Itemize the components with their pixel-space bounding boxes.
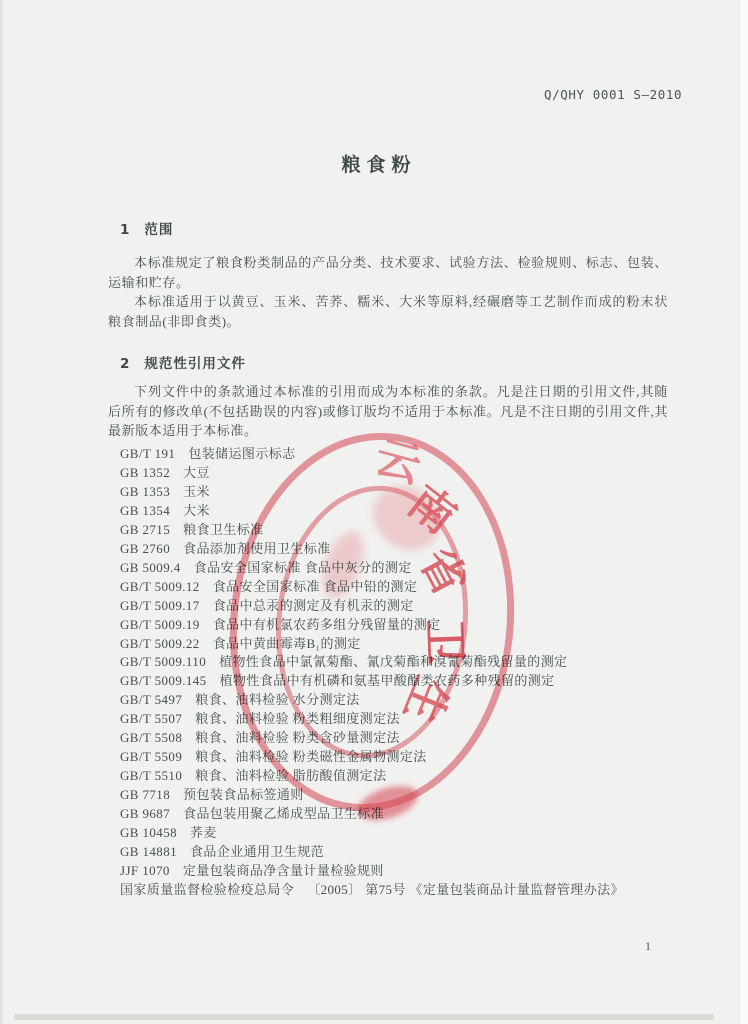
reference-code: 国家质量监督检验检疫总局令	[120, 882, 294, 897]
reference-title: 大豆	[183, 465, 210, 480]
reference-list: GB/T 191包装储运图示标志 GB 1352大豆 GB 1353玉米 GB …	[120, 445, 680, 900]
reference-row: GB 9687食品包装用聚乙烯成型品卫生标准	[120, 805, 680, 824]
reference-row: GB 10458荞麦	[120, 824, 680, 843]
reference-row: GB 2760食品添加剂使用卫生标准	[120, 540, 680, 559]
section1-paragraph-1: 本标准规定了粮食粉类制品的产品分类、技术要求、试验方法、检验规则、标志、包装、运…	[108, 253, 668, 292]
reference-code: GB/T 5009.19	[120, 617, 200, 632]
reference-code: GB/T 5507	[120, 711, 182, 726]
reference-code: GB/T 5508	[120, 730, 182, 745]
reference-row: 国家质量监督检验检疫总局令〔2005〕 第75号 《定量包装商品计量监督管理办法…	[120, 881, 680, 900]
section1-body: 本标准规定了粮食粉类制品的产品分类、技术要求、试验方法、检验规则、标志、包装、运…	[108, 253, 668, 331]
reference-code: GB 9687	[120, 806, 170, 821]
reference-code: GB/T 5009.22	[120, 636, 200, 651]
reference-row: GB/T 5009.22食品中黄曲霉毒B₁的测定	[120, 635, 680, 654]
doc-number: Q/QHY 0001 S—2010	[544, 87, 682, 102]
section2-heading: 2规范性引用文件	[120, 352, 246, 372]
reference-code: GB/T 5509	[120, 749, 182, 764]
reference-code: GB 1353	[120, 484, 170, 499]
reference-code: GB 2760	[120, 541, 170, 556]
reference-code: GB/T 5497	[120, 692, 182, 707]
reference-title: 食品安全国家标准 食品中铅的测定	[213, 579, 418, 594]
reference-title: 玉米	[183, 484, 210, 499]
reference-code: GB 5009.4	[120, 560, 181, 575]
section2-number: 2	[120, 356, 130, 372]
reference-code: GB 14881	[120, 844, 177, 859]
reference-code: GB 1354	[120, 503, 170, 518]
reference-row: GB/T 5009.145植物性食品中有机磷和氨基甲酸酯类农药多种残留的测定	[120, 672, 680, 691]
page-edge-bottom	[14, 1014, 714, 1020]
reference-row: GB/T 5009.19食品中有机氯农药多组分残留量的测定	[120, 616, 680, 635]
reference-title: 食品中有机氯农药多组分残留量的测定	[213, 617, 441, 632]
reference-title: 荞麦	[190, 825, 217, 840]
reference-title: 包装储运图示标志	[188, 446, 295, 461]
reference-row: GB 1353玉米	[120, 483, 680, 502]
reference-row: GB/T 5507粮食、油料检验 粉类粗细度测定法	[120, 710, 680, 729]
reference-row: GB/T 5509粮食、油料检验 粉类磁性金属物测定法	[120, 748, 680, 767]
reference-code: JJF 1070	[120, 863, 170, 878]
reference-code: GB 1352	[120, 465, 170, 480]
reference-title: 植物性食品中氯氰菊酯、氰戊菊酯和溴氰菊酯残留量的测定	[219, 654, 567, 669]
reference-row: GB 2715粮食卫生标准	[120, 521, 680, 540]
reference-row: GB/T 5497粮食、油料检验 水分测定法	[120, 691, 680, 710]
page-number: 1	[645, 939, 651, 954]
reference-title: 〔2005〕 第75号 《定量包装商品计量监督管理办法》	[307, 882, 624, 897]
section1-number: 1	[120, 222, 130, 238]
reference-title: 粮食、油料检验 粉类粗细度测定法	[195, 711, 400, 726]
reference-title: 食品添加剂使用卫生标准	[183, 541, 330, 556]
reference-title: 粮食、油料检验 脂肪酸值测定法	[195, 768, 386, 783]
reference-code: GB 10458	[120, 825, 177, 840]
reference-title: 食品中黄曲霉毒B₁的测定	[213, 636, 361, 651]
section2-paragraph-1: 下列文件中的条款通过本标准的引用而成为本标准的条款。凡是注日期的引用文件,其随后…	[108, 382, 668, 441]
reference-title: 粮食、油料检验 粉类含砂量测定法	[195, 730, 400, 745]
reference-title: 粮食、油料检验 水分测定法	[195, 692, 359, 707]
reference-title: 植物性食品中有机磷和氨基甲酸酯类农药多种残留的测定	[220, 673, 555, 688]
reference-title: 食品包装用聚乙烯成型品卫生标准	[183, 806, 384, 821]
reference-row: GB/T 191包装储运图示标志	[120, 445, 680, 464]
reference-title: 定量包装商品净含量计量检验规则	[183, 863, 384, 878]
reference-code: GB/T 191	[120, 446, 175, 461]
reference-row: GB 1352大豆	[120, 464, 680, 483]
section1-heading: 1范围	[120, 218, 173, 238]
reference-row: GB 1354大米	[120, 502, 680, 521]
reference-row: JJF 1070定量包装商品净含量计量检验规则	[120, 862, 680, 881]
reference-code: GB/T 5009.145	[120, 673, 207, 688]
reference-title: 食品安全国家标准 食品中灰分的测定	[194, 560, 412, 575]
reference-row: GB/T 5009.12食品安全国家标准 食品中铅的测定	[120, 578, 680, 597]
reference-code: GB 2715	[120, 522, 170, 537]
reference-row: GB 14881食品企业通用卫生规范	[120, 843, 680, 862]
page-title: 粮食粉	[0, 150, 748, 177]
reference-title: 预包装食品标签通则	[183, 787, 304, 802]
reference-code: GB 7718	[120, 787, 170, 802]
reference-title: 食品企业通用卫生规范	[190, 844, 324, 859]
reference-row: GB 7718预包装食品标签通则	[120, 786, 680, 805]
reference-row: GB/T 5009.110植物性食品中氯氰菊酯、氰戊菊酯和溴氰菊酯残留量的测定	[120, 653, 680, 672]
reference-row: GB/T 5009.17食品中总汞的测定及有机汞的测定	[120, 597, 680, 616]
reference-row: GB/T 5508粮食、油料检验 粉类含砂量测定法	[120, 729, 680, 748]
reference-row: GB/T 5510粮食、油料检验 脂肪酸值测定法	[120, 767, 680, 786]
reference-code: GB/T 5510	[120, 768, 182, 783]
section1-heading-label: 范围	[144, 222, 173, 238]
reference-row: GB 5009.4食品安全国家标准 食品中灰分的测定	[120, 559, 680, 578]
reference-title: 粮食、油料检验 粉类磁性金属物测定法	[195, 749, 426, 764]
section2-body: 下列文件中的条款通过本标准的引用而成为本标准的条款。凡是注日期的引用文件,其随后…	[108, 382, 668, 441]
reference-title: 大米	[183, 503, 210, 518]
reference-code: GB/T 5009.110	[120, 654, 206, 669]
section1-paragraph-2: 本标准适用于以黄豆、玉米、苦荞、糯米、大米等原料,经碾磨等工艺制作而成的粉末状粮…	[108, 292, 668, 331]
reference-title: 食品中总汞的测定及有机汞的测定	[213, 598, 414, 613]
reference-title: 粮食卫生标准	[183, 522, 263, 537]
reference-code: GB/T 5009.12	[120, 579, 200, 594]
reference-code: GB/T 5009.17	[120, 598, 200, 613]
section2-heading-label: 规范性引用文件	[144, 356, 246, 372]
